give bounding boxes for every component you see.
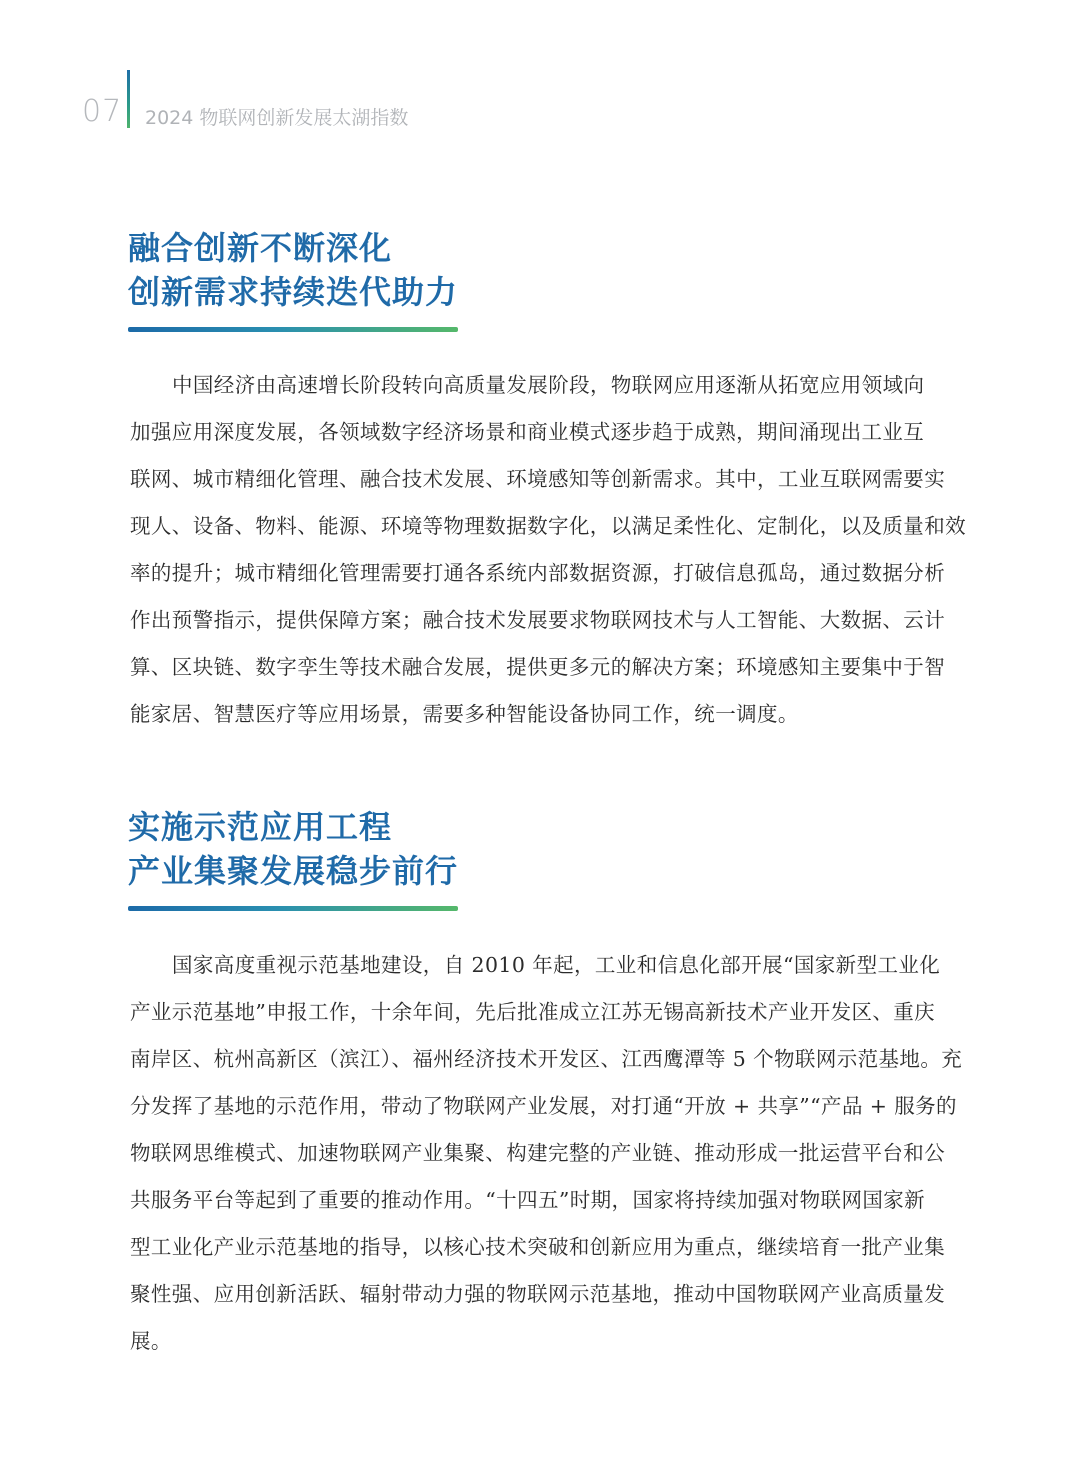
section-2-paragraph: 国家高度重视示范基地建设，自 2010 年起，工业和信息化部开展“国家新型工业化… (130, 942, 952, 1365)
section-heading-2: 实施示范应用工程 产业集聚发展稳步前行 (128, 805, 458, 893)
heading-line: 产业集聚发展稳步前行 (128, 849, 458, 893)
heading-underline-2 (128, 906, 458, 911)
section-1-paragraph: 中国经济由高速增长阶段转向高质量发展阶段，物联网应用逐渐从拓宽应用领域向 加强应… (130, 362, 952, 738)
running-title: 2024 物联网创新发展太湖指数 (145, 103, 408, 130)
paragraph-line: 加强应用深度发展，各领域数字经济场景和商业模式逐步趋于成熟，期间涌现出工业互 (130, 409, 952, 456)
paragraph-line: 分发挥了基地的示范作用，带动了物联网产业发展，对打通“开放 + 共享”“产品 +… (130, 1083, 952, 1130)
paragraph-line: 中国经济由高速增长阶段转向高质量发展阶段，物联网应用逐渐从拓宽应用领域向 (130, 362, 952, 409)
page-header: 07 2024 物联网创新发展太湖指数 (0, 0, 1080, 140)
paragraph-line: 联网、城市精细化管理、融合技术发展、环境感知等创新需求。其中，工业互联网需要实 (130, 456, 952, 503)
page-number: 07 (82, 94, 122, 129)
paragraph-line: 国家高度重视示范基地建设，自 2010 年起，工业和信息化部开展“国家新型工业化 (130, 942, 952, 989)
paragraph-line: 产业示范基地”申报工作，十余年间，先后批准成立江苏无锡高新技术产业开发区、重庆 (130, 989, 952, 1036)
heading-line: 融合创新不断深化 (128, 226, 458, 270)
paragraph-line: 算、区块链、数字孪生等技术融合发展，提供更多元的解决方案；环境感知主要集中于智 (130, 644, 952, 691)
paragraph-line: 南岸区、杭州高新区（滨江）、福州经济技术开发区、江西鹰潭等 5 个物联网示范基地… (130, 1036, 952, 1083)
header-divider (127, 70, 130, 128)
heading-line: 实施示范应用工程 (128, 805, 458, 849)
paragraph-line: 聚性强、应用创新活跃、辐射带动力强的物联网示范基地，推动中国物联网产业高质量发 (130, 1271, 952, 1318)
paragraph-line: 型工业化产业示范基地的指导，以核心技术突破和创新应用为重点，继续培育一批产业集 (130, 1224, 952, 1271)
paragraph-line: 能家居、智慧医疗等应用场景，需要多种智能设备协同工作，统一调度。 (130, 691, 952, 738)
paragraph-line: 现人、设备、物料、能源、环境等物理数据数字化，以满足柔性化、定制化，以及质量和效 (130, 503, 952, 550)
paragraph-line: 共服务平台等起到了重要的推动作用。“十四五”时期，国家将持续加强对物联网国家新 (130, 1177, 952, 1224)
heading-line: 创新需求持续迭代助力 (128, 270, 458, 314)
paragraph-line: 展。 (130, 1318, 952, 1365)
paragraph-line: 率的提升；城市精细化管理需要打通各系统内部数据资源，打破信息孤岛，通过数据分析 (130, 550, 952, 597)
paragraph-line: 作出预警指示，提供保障方案；融合技术发展要求物联网技术与人工智能、大数据、云计 (130, 597, 952, 644)
section-heading-1: 融合创新不断深化 创新需求持续迭代助力 (128, 226, 458, 314)
paragraph-line: 物联网思维模式、加速物联网产业集聚、构建完整的产业链、推动形成一批运营平台和公 (130, 1130, 952, 1177)
heading-underline-1 (128, 327, 458, 332)
